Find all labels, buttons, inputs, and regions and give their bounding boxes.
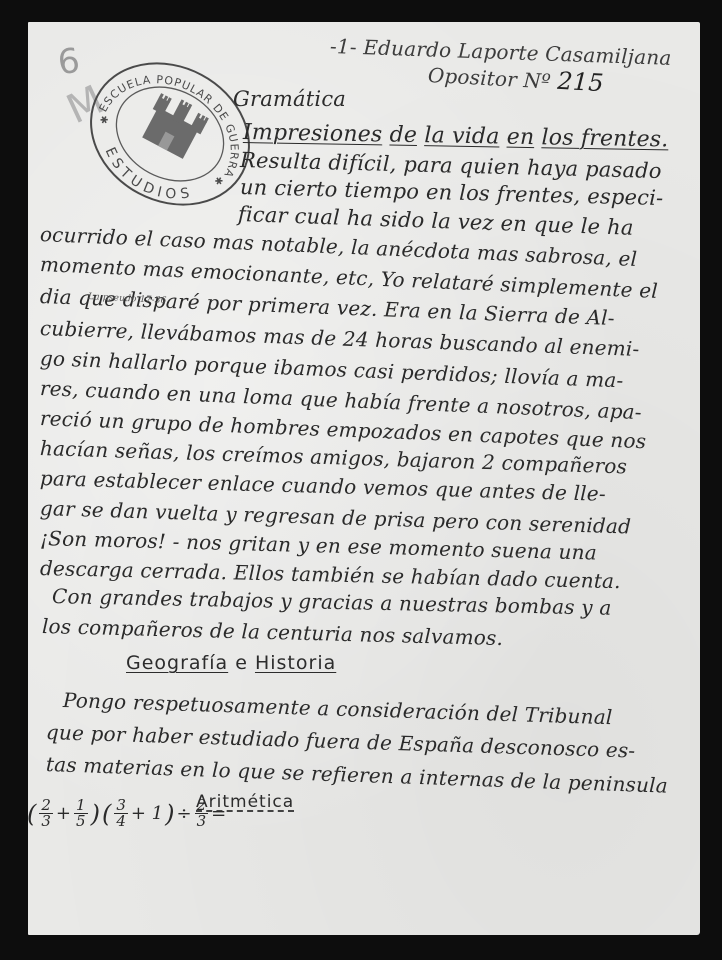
fraction: 3 4: [114, 798, 128, 829]
heading-word: e: [235, 652, 248, 674]
header-marker: -1-: [330, 34, 358, 59]
essay-title: Impresiones de la vida en los frentes.: [243, 120, 669, 152]
fraction: 2 3: [195, 798, 209, 829]
operator: ÷: [177, 803, 192, 824]
heading-word: Historia: [255, 652, 336, 674]
geography-heading: Geografía e Historia: [126, 652, 336, 674]
arithmetic-formula: ( 2 3 + 1 5 ) ( 3 4 + 1 ) ÷ 2 3 =: [27, 798, 226, 829]
title-word: de: [389, 123, 417, 148]
svg-text:✱: ✱: [212, 175, 225, 189]
paren: ): [91, 800, 100, 828]
heading-word: Geografía: [126, 652, 228, 674]
applicant-label: Opositor Nº: [427, 63, 551, 93]
paren: ): [165, 800, 174, 828]
page-number: 6: [55, 41, 82, 84]
paren: (: [102, 800, 111, 828]
grammar-heading: Gramática: [233, 87, 346, 111]
operator: +: [56, 803, 71, 824]
operator: + 1: [131, 803, 163, 824]
fraction: 1 5: [74, 798, 88, 829]
essay-line: los compañeros de la centuria nos salvam…: [42, 614, 504, 650]
svg-text:✱: ✱: [97, 114, 110, 128]
title-word: los frentes.: [541, 125, 668, 152]
title-word: Impresiones: [243, 120, 383, 147]
operator: =: [211, 803, 226, 824]
title-word: en: [507, 125, 535, 150]
fraction: 2 3: [39, 798, 53, 829]
paren: (: [27, 800, 36, 828]
applicant-number-value: 215: [557, 67, 605, 97]
title-word: la vida: [424, 123, 500, 149]
